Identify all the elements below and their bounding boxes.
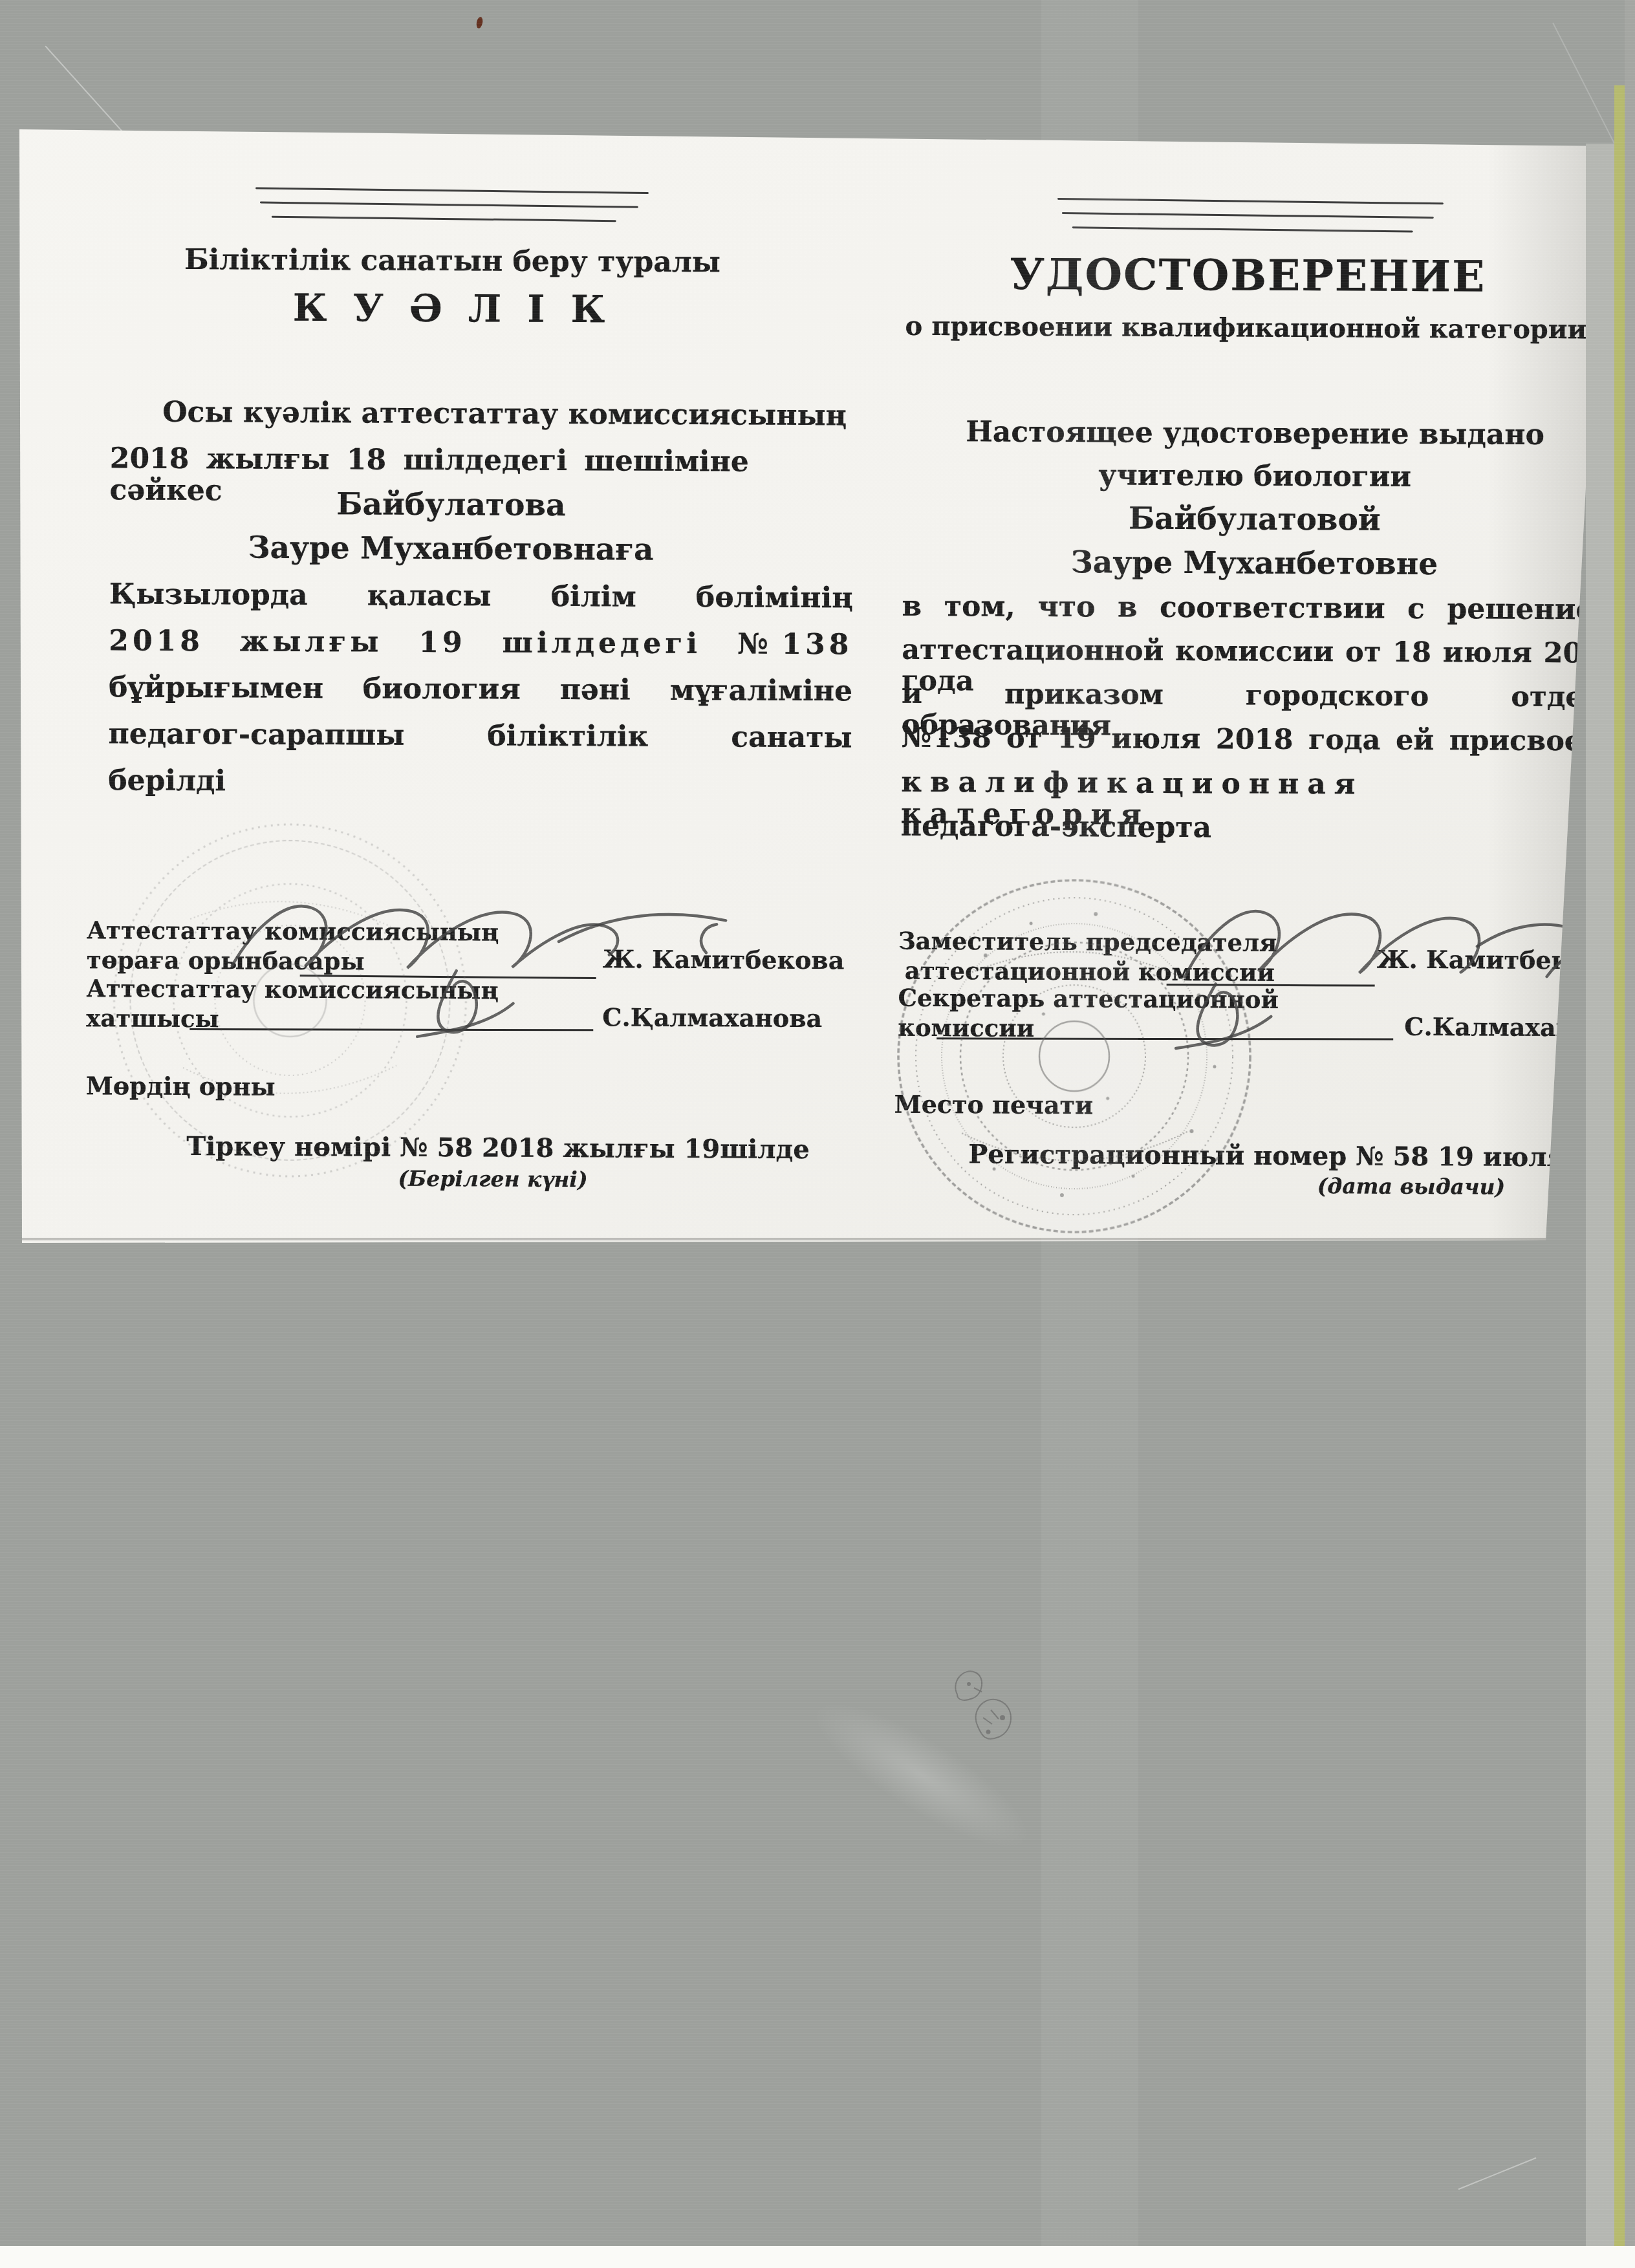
scan-edge-green-line (1614, 85, 1625, 2246)
signature-ink (232, 906, 618, 969)
signature-ink (417, 1003, 513, 1037)
certificate-paper: Біліктілік санатын беру туралы К У Ә Л І… (0, 0, 1635, 1268)
russian-section: УДОСТОВЕРЕНИЕ о присвоении квалификацион… (1, 0, 1635, 8)
scanner-bed: Біліктілік санатын беру туралы К У Ә Л І… (0, 0, 1635, 2268)
scan-edge-band (1586, 144, 1614, 2246)
signature-ink (1185, 911, 1480, 978)
kazakh-section: Біліктілік санатын беру туралы К У Ә Л І… (1, 0, 1635, 8)
dust-speck (475, 16, 484, 28)
scan-edge-band (1625, 0, 1635, 2246)
scanner-light-band (1041, 0, 1138, 2268)
handwritten-signatures (0, 0, 1635, 1276)
signature-ink (559, 914, 726, 953)
certificate-content: Біліктілік санатын беру туралы К У Ә Л І… (0, 0, 1635, 1276)
scan-bottom-strip (0, 2246, 1635, 2268)
signature-ink (438, 971, 477, 1032)
scratch-mark (1458, 2157, 1536, 2190)
paper-top-edge (582, 129, 1410, 137)
signature-ink (1477, 924, 1592, 977)
smudge-mark (918, 1656, 1061, 1798)
